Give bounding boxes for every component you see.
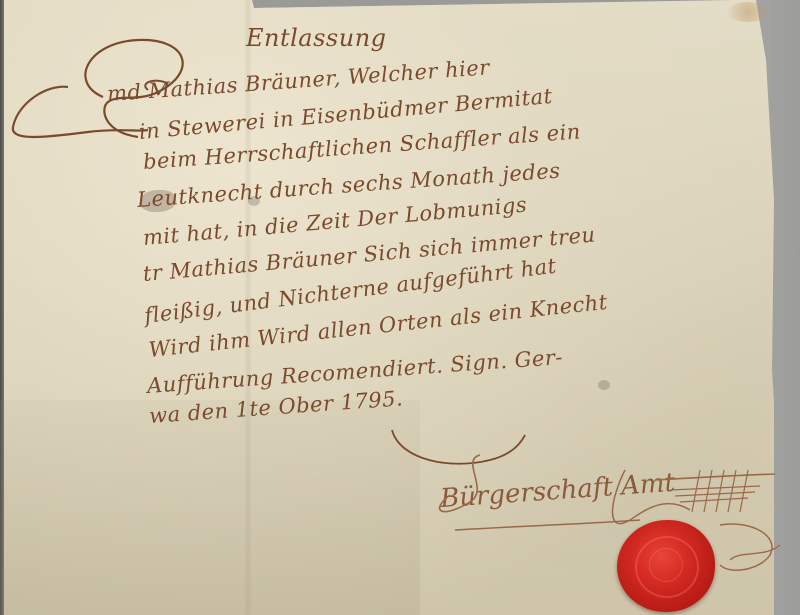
ink-smudge [598,380,610,390]
paper-lower-fold [0,400,420,615]
red-wax-seal [617,520,715,612]
foxing-stain [728,2,768,22]
signature-flourish [430,440,790,590]
document-title: Entlassung [246,24,387,52]
